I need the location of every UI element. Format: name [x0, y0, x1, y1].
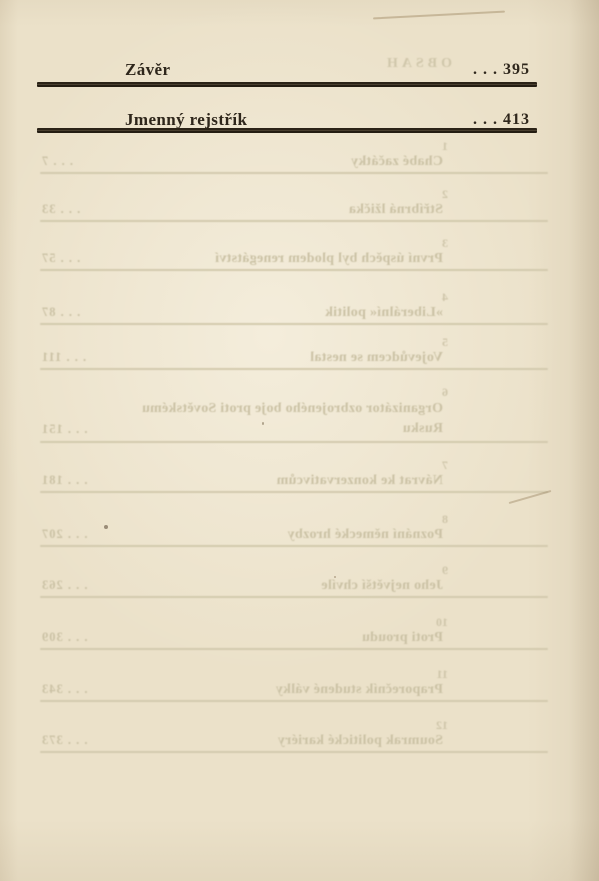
ghost-page-number: . . . 309 [41, 629, 88, 646]
ghost-page-number: . . . 373 [41, 732, 88, 749]
ghost-chapter-number: 3 [40, 237, 448, 250]
ghost-page-number: . . . 7 [41, 153, 73, 170]
ink-speck [262, 422, 264, 425]
ghost-chapter-title: Chabé začátky [351, 154, 443, 169]
ghost-chapter-title: Jeho největší chvíle [321, 578, 443, 593]
toc-row-zaver: Závěr . . . 395 [37, 60, 537, 80]
ghost-chapter-number: 5 [40, 336, 448, 349]
ghost-rule [40, 751, 548, 753]
ghost-toc-entry: 2 Stříbrná lžička. . . 33 [40, 188, 548, 222]
ghost-toc-entry: 7 Návrat ke konzervativcům. . . 181 [40, 459, 548, 493]
ghost-toc-entry: 12 Soumrak politické kariéry. . . 373 [40, 719, 548, 753]
toc-row-page-number: . . . 413 [473, 111, 530, 129]
ghost-rule [40, 491, 548, 493]
ghost-rule [40, 648, 548, 650]
toc-row-label: Jmenný rejstřík [125, 110, 247, 129]
horizontal-rule [37, 82, 537, 87]
ghost-rule [40, 323, 548, 325]
ghost-chapter-title: Soumrak politické kariéry [278, 733, 443, 748]
ghost-chapter-title: Stříbrná lžička [349, 202, 443, 217]
ghost-rule [40, 368, 548, 370]
ghost-rule [40, 596, 548, 598]
ghost-toc-entry: 10 Proti proudu. . . 309 [40, 616, 548, 650]
scanned-book-page: OBSAH 1 Chabé začátky. . . 7 2 Stříbrná … [0, 0, 599, 881]
ghost-chapter-number: 1 [40, 140, 448, 153]
ghost-toc-entry: 11 Praporečník studené války. . . 343 [40, 668, 548, 702]
ghost-chapter-title: První úspěch byl plodem renegátství [215, 251, 443, 266]
ghost-toc-entry: 9 Jeho největší chvíle. . . 263 [40, 564, 548, 598]
ghost-toc-entry: 8 Poznání německé hrozby. . . 207 [40, 513, 548, 547]
ghost-chapter-title: Proti proudu [362, 630, 443, 645]
ghost-chapter-number: 2 [40, 188, 448, 201]
toc-row-label: Závěr [125, 60, 170, 79]
ghost-page-number: . . . 181 [41, 472, 88, 489]
ghost-chapter-number: 4 [40, 291, 448, 304]
paper-scratch [373, 11, 505, 20]
ghost-rule [40, 545, 548, 547]
ghost-rule [40, 441, 548, 443]
ink-speck [104, 525, 108, 529]
ghost-chapter-number: 12 [40, 719, 448, 732]
ghost-chapter-title: »Liberální« politik [325, 305, 443, 320]
ghost-chapter-number: 11 [40, 668, 448, 681]
ghost-chapter-title: Praporečník studené války [276, 682, 443, 697]
ghost-chapter-title-line2: Rusku [403, 421, 443, 436]
ghost-rule [40, 700, 548, 702]
toc-row-page-number: . . . 395 [473, 61, 530, 79]
ghost-chapter-title: Návrat ke konzervativcům [276, 473, 443, 488]
ghost-toc-entry: 5 Vojevůdcem se nestal. . . 111 [40, 336, 548, 370]
ghost-rule [40, 220, 548, 222]
ghost-toc-entry: 3 První úspěch byl plodem renegátství. .… [40, 237, 548, 271]
ghost-page-number: . . . 57 [41, 250, 80, 267]
ghost-chapter-title: Vojevůdcem se nestal [310, 350, 443, 365]
ghost-rule [40, 269, 548, 271]
paper-scratch [509, 490, 552, 504]
horizontal-rule [37, 128, 537, 133]
ghost-toc-entry: 4 »Liberální« politik. . . 87 [40, 291, 548, 325]
ghost-page-number: . . . 111 [41, 349, 86, 366]
ghost-chapter-number: 9 [40, 564, 448, 577]
ghost-page-number: . . . 33 [41, 201, 80, 218]
ghost-chapter-number: 8 [40, 513, 448, 526]
ink-speck [334, 576, 336, 578]
ghost-chapter-number: 7 [40, 459, 448, 472]
toc-row-jmenny-rejstrik: Jmenný rejstřík . . . 413 [37, 110, 537, 130]
ghost-chapter-title: Organizátor ozbrojeného boje proti Sovět… [142, 401, 443, 416]
ghost-chapter-number: 10 [40, 616, 448, 629]
ghost-page-number: . . . 263 [41, 577, 88, 594]
ghost-toc-entry: 1 Chabé začátky. . . 7 [40, 140, 548, 174]
ghost-page-number: . . . 151 [41, 419, 88, 439]
ghost-chapter-number: 6 [40, 386, 448, 399]
ghost-page-number: . . . 343 [41, 681, 88, 698]
ghost-chapter-title: Poznání německé hrozby [287, 527, 443, 542]
ghost-rule [40, 172, 548, 174]
ghost-page-number: . . . 207 [41, 526, 88, 543]
ghost-toc-entry: 6 Organizátor ozbrojeného boje proti Sov… [40, 386, 548, 443]
ghost-page-number: . . . 87 [41, 304, 80, 321]
